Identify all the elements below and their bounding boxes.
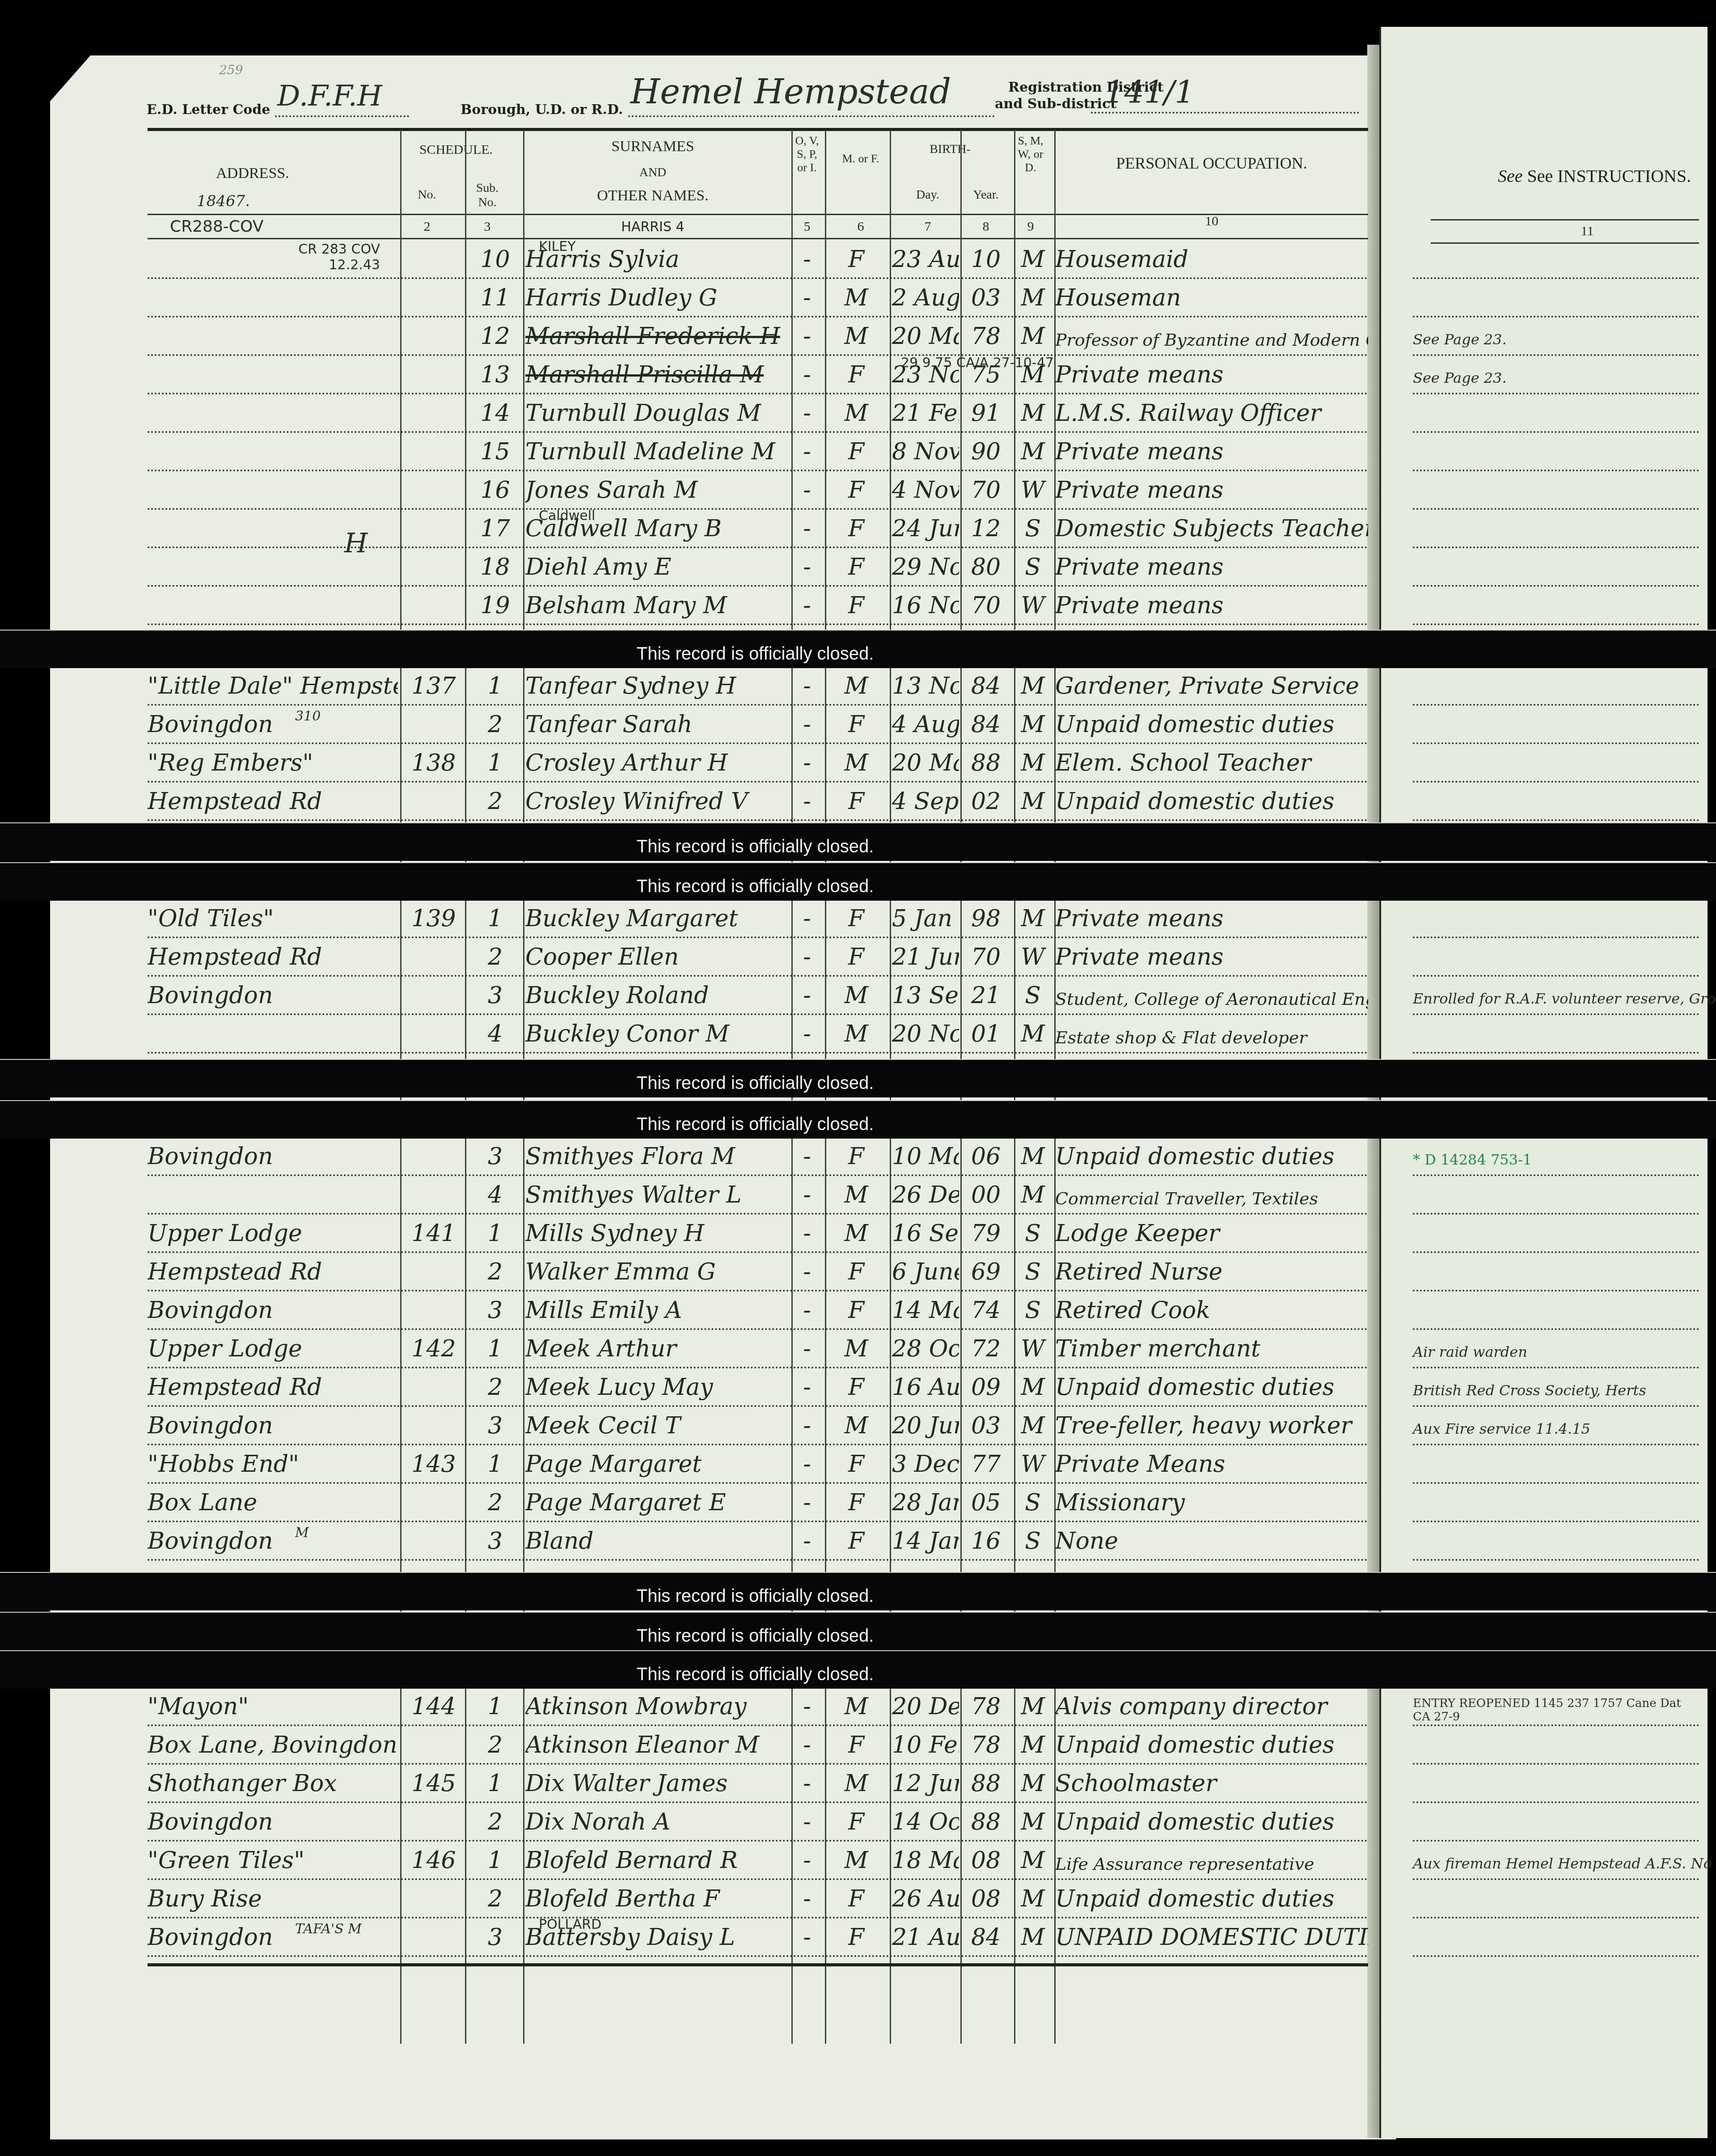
remark-rule xyxy=(1413,1405,1699,1407)
cell-sex: F xyxy=(825,554,888,580)
cell-marital: M xyxy=(1015,1021,1051,1047)
cell-remark: ENTRY REOPENED 1145 237 1757 Cane Dat CA… xyxy=(1413,1697,1690,1724)
cell-name: Dix Norah A xyxy=(525,1809,789,1835)
cell-ovspi: - xyxy=(794,592,820,619)
cell-sex: M xyxy=(825,1770,888,1797)
table-row: 12Marshall Frederick H-M20 May78MProfess… xyxy=(0,318,1346,356)
cell-name: Smithyes Flora M xyxy=(525,1143,789,1170)
cell-ovspi: - xyxy=(794,1182,820,1208)
cell-name: Buckley Margaret xyxy=(525,905,789,932)
cell-year: 88 xyxy=(961,1770,1010,1797)
cell-year: 03 xyxy=(961,284,1010,311)
table-row: Bovingdon3Meek Cecil T-M20 June03MTree-f… xyxy=(0,1408,1346,1445)
cell-marital: M xyxy=(1015,1885,1051,1912)
cell-name: Bland xyxy=(525,1528,789,1555)
row-rule xyxy=(148,1917,1368,1919)
address-number-note: 18467. xyxy=(197,192,250,210)
cell-sex: F xyxy=(825,1258,888,1285)
remark-rule xyxy=(1413,1213,1699,1215)
cell-name: Tanfear Sydney H xyxy=(525,673,789,699)
cell-marital: S xyxy=(1015,1297,1051,1324)
column-header-schedule-sub: Sub. No. xyxy=(467,181,507,210)
row-rule xyxy=(148,1559,1368,1561)
remark-rule xyxy=(1413,819,1699,821)
remark-rule xyxy=(1413,1251,1699,1253)
table-row: Shothanger Box1451Dix Walter James-M12 J… xyxy=(0,1766,1346,1803)
closed-record-notice: This record is officially closed. xyxy=(637,877,874,897)
closed-record-bar: This record is officially closed. xyxy=(0,1100,1716,1139)
cell-marital: M xyxy=(1015,1374,1051,1401)
remark-rule xyxy=(1413,1367,1699,1368)
row-rule xyxy=(148,623,1368,625)
column-number-6: 6 xyxy=(841,219,881,234)
header-subrule-right xyxy=(1431,219,1699,220)
cell-sub: 2 xyxy=(467,1885,523,1912)
remark-rule xyxy=(1413,1052,1699,1054)
remark-rule xyxy=(1413,393,1699,394)
row-rule xyxy=(148,1251,1368,1253)
cell-year: 08 xyxy=(961,1885,1010,1912)
row-rule xyxy=(148,1878,1368,1880)
cell-address: Hempstead Rd xyxy=(148,1258,398,1285)
cell-year: 72 xyxy=(961,1335,1010,1362)
cell-marital: W xyxy=(1015,477,1051,504)
closed-record-notice: This record is officially closed. xyxy=(637,1626,874,1646)
cell-name: Mills Emily A xyxy=(525,1297,789,1324)
table-row: Bovingdon3Bland-F14 Jan16SNoneM xyxy=(0,1523,1346,1561)
remark-rule xyxy=(1413,1840,1699,1842)
table-row: Upper Lodge1421Meek Arthur-M28 Oct72WTim… xyxy=(0,1331,1346,1368)
table-row: 14Turnbull Douglas M-M21 Feb91ML.M.S. Ra… xyxy=(0,395,1346,433)
table-row: Box Lane2Page Margaret E-F28 Jan05SMissi… xyxy=(0,1485,1346,1522)
cell-marital: M xyxy=(1015,1809,1051,1835)
cell-sex: F xyxy=(825,1924,888,1951)
cell-remark: See Page 23. xyxy=(1413,331,1690,348)
cell-remark: British Red Cross Society, Herts xyxy=(1413,1382,1690,1399)
cell-name: Mills Sydney H xyxy=(525,1220,789,1247)
cell-address: Hempstead Rd xyxy=(148,1374,398,1401)
row-rule xyxy=(148,975,1368,977)
row-rule xyxy=(148,1521,1368,1522)
cell-day: 20 May xyxy=(892,323,959,350)
remark-rule xyxy=(1413,1955,1699,1957)
cell-sex: F xyxy=(825,1809,888,1835)
cell-marital: M xyxy=(1015,438,1051,465)
cell-day: 20 Mar xyxy=(892,750,959,776)
cell-year: 06 xyxy=(961,1143,1010,1170)
cell-sub: 1 xyxy=(467,1847,523,1874)
cell-name: Meek Arthur xyxy=(525,1335,789,1362)
cell-name: Turnbull Douglas M xyxy=(525,400,789,427)
cell-occupation: Estate shop & Flat developer xyxy=(1055,1028,1368,1047)
cell-day: 13 Sept xyxy=(892,982,959,1009)
cell-year: 05 xyxy=(961,1489,1010,1516)
cell-sub: 2 xyxy=(467,711,523,738)
cell-day: 14 Jan xyxy=(892,1528,959,1555)
table-row: Hempstead Rd2Meek Lucy May-F16 Aug09MUnp… xyxy=(0,1369,1346,1407)
table-row: Box Lane, Bovingdon2Atkinson Eleanor M-F… xyxy=(0,1727,1346,1765)
cell-sub: 2 xyxy=(467,1489,523,1516)
cell-marital: S xyxy=(1015,1258,1051,1285)
cell-occupation: Student, College of Aeronautical Enginee… xyxy=(1055,989,1368,1009)
closed-record-notice: This record is officially closed. xyxy=(637,1073,874,1093)
cell-marital: S xyxy=(1015,554,1051,580)
cell-day: 21 Aug xyxy=(892,1924,959,1951)
cell-sub: 17 xyxy=(467,515,523,542)
row-rule xyxy=(148,1482,1368,1484)
cell-sub: 14 xyxy=(467,400,523,427)
row-rule xyxy=(148,585,1368,587)
cell-occupation: Timber merchant xyxy=(1055,1335,1368,1362)
sub-district-label: and Sub-district xyxy=(995,96,1116,112)
table-row: Hempstead Rd2Walker Emma G-F6 June69SRet… xyxy=(0,1254,1346,1292)
cell-occupation: Retired Nurse xyxy=(1055,1258,1368,1285)
cell-address: "Little Dale" Hempstead Rd xyxy=(148,673,398,699)
remark-rule xyxy=(1413,508,1699,510)
remark-rule xyxy=(1413,781,1699,783)
column-number-2: 2 xyxy=(405,219,449,234)
cell-day: 18 May xyxy=(892,1847,959,1874)
cell-ovspi: - xyxy=(794,1924,820,1951)
row-rule xyxy=(148,277,1368,279)
cell-sched: 146 xyxy=(402,1847,465,1874)
cell-name: Crosley Arthur H xyxy=(525,750,789,776)
table-row: 16Jones Sarah M-F4 Nov70WPrivate means xyxy=(0,472,1346,510)
row-rule xyxy=(148,1174,1368,1176)
cell-day: 28 Oct xyxy=(892,1335,959,1362)
cell-occupation: Domestic Subjects Teacher xyxy=(1055,515,1368,542)
header-bottom-rule-right xyxy=(1431,242,1699,244)
address-annotation: M xyxy=(295,1525,309,1541)
cell-day: 14 Oct xyxy=(892,1809,959,1835)
cell-sub: 1 xyxy=(467,905,523,932)
cell-occupation: UNPAID DOMESTIC DUTIES xyxy=(1055,1924,1368,1951)
cell-ovspi: - xyxy=(794,323,820,350)
cell-ovspi: - xyxy=(794,788,820,815)
cell-day: 16 Sept xyxy=(892,1220,959,1247)
cell-marital: S xyxy=(1015,1528,1051,1555)
cell-sex: F xyxy=(825,788,888,815)
cell-ovspi: - xyxy=(794,1220,820,1247)
cell-year: 09 xyxy=(961,1374,1010,1401)
cell-year: 78 xyxy=(961,1732,1010,1758)
cell-occupation: Private Means xyxy=(1055,1451,1368,1478)
table-row: Bovingdon3Mills Emily A-F14 May74SRetire… xyxy=(0,1292,1346,1330)
cell-year: 79 xyxy=(961,1220,1010,1247)
cell-ovspi: - xyxy=(794,554,820,580)
cell-name: Marshall Priscilla M xyxy=(525,361,789,388)
row-rule xyxy=(148,508,1368,510)
cell-sex: M xyxy=(825,982,888,1009)
closed-record-notice: This record is officially closed. xyxy=(637,1665,874,1685)
cell-address: Bovingdon xyxy=(148,1528,398,1555)
cell-ovspi: - xyxy=(794,515,820,542)
column-header-birth-year: Year. xyxy=(964,188,1008,202)
cell-occupation: Unpaid domestic duties xyxy=(1055,1809,1368,1835)
cell-sched: 141 xyxy=(402,1220,465,1247)
column-header-birth-day: Day. xyxy=(896,188,959,202)
cell-name: Page Margaret xyxy=(525,1451,789,1478)
cell-sub: 1 xyxy=(467,750,523,776)
cell-sex: F xyxy=(825,1143,888,1170)
table-row: 13Marshall Priscilla M-F23 Nov75MPrivate… xyxy=(0,357,1346,394)
remark-rule xyxy=(1413,975,1699,977)
table-row: 18Diehl Amy E-F29 Nov80SPrivate means xyxy=(0,549,1346,587)
column-number-4: HARRIS 4 xyxy=(537,219,769,235)
closed-record-notice: This record is officially closed. xyxy=(637,837,874,857)
cell-marital: W xyxy=(1015,944,1051,970)
cell-sub: 3 xyxy=(467,1143,523,1170)
dotted-line xyxy=(275,115,409,117)
row-rule xyxy=(148,1763,1368,1765)
cell-sex: M xyxy=(825,1182,888,1208)
cell-ovspi: - xyxy=(794,477,820,504)
cell-marital: M xyxy=(1015,788,1051,815)
cell-day: 16 Nov xyxy=(892,592,959,619)
cell-occupation: Tree-feller, heavy worker xyxy=(1055,1412,1368,1439)
cell-day: 4 Nov xyxy=(892,477,959,504)
column-header-schedule-no: No. xyxy=(405,188,449,202)
cell-occupation: Private means xyxy=(1055,592,1368,619)
closed-record-bar: This record is officially closed. xyxy=(0,1572,1716,1610)
column-number-9: 9 xyxy=(1017,219,1044,234)
cell-name: Jones Sarah M xyxy=(525,477,789,504)
table-row: 4Smithyes Walter L-M26 Dec00MCommercial … xyxy=(0,1177,1346,1215)
cell-year: 08 xyxy=(961,1847,1010,1874)
cell-remark: * D 14284 753-1 xyxy=(1413,1151,1690,1168)
cell-day: 20 June xyxy=(892,1412,959,1439)
table-row: 4Buckley Conor M-M20 Nov01MEstate shop &… xyxy=(0,1016,1346,1054)
borough-value: Hemel Hempstead xyxy=(630,72,951,111)
column-header-surnames: SURNAMES xyxy=(537,138,769,155)
cell-sex: F xyxy=(825,592,888,619)
cell-year: 01 xyxy=(961,1021,1010,1047)
cell-sex: F xyxy=(825,1528,888,1555)
remark-rule xyxy=(1413,936,1699,938)
column-number-address: CR288-COV xyxy=(170,217,263,236)
cell-occupation: Unpaid domestic duties xyxy=(1055,1885,1368,1912)
row-rule xyxy=(148,1013,1368,1015)
cell-ovspi: - xyxy=(794,246,820,273)
column-header-marital: S, M, W, or D. xyxy=(1017,134,1044,174)
column-number-3: 3 xyxy=(467,219,507,234)
column-number-8: 8 xyxy=(964,219,1008,234)
cell-year: 70 xyxy=(961,592,1010,619)
cell-name: Meek Lucy May xyxy=(525,1374,789,1401)
cell-sub: 1 xyxy=(467,673,523,699)
cell-sex: M xyxy=(825,1021,888,1047)
cell-sched: 138 xyxy=(402,750,465,776)
remark-rule xyxy=(1413,431,1699,433)
column-header-instructions: See See INSTRUCTIONS. xyxy=(1498,165,1691,186)
remark-rule xyxy=(1413,585,1699,587)
cell-sub: 3 xyxy=(467,1412,523,1439)
cell-day: 4 Aug xyxy=(892,711,959,738)
cell-sex: F xyxy=(825,361,888,388)
cell-sub: 11 xyxy=(467,284,523,311)
cell-year: 90 xyxy=(961,438,1010,465)
row-rule xyxy=(148,1840,1368,1842)
cell-sched: 142 xyxy=(402,1335,465,1362)
cell-occupation: Housemaid xyxy=(1055,246,1368,273)
cell-ovspi: - xyxy=(794,438,820,465)
cell-year: 00 xyxy=(961,1182,1010,1208)
table-row: Bovingdon3Battersby Daisy L-F21 Aug84MUN… xyxy=(0,1919,1346,1957)
cell-sub: 16 xyxy=(467,477,523,504)
row-rule xyxy=(148,1052,1368,1054)
closed-record-notice: This record is officially closed. xyxy=(637,644,874,664)
cell-sex: M xyxy=(825,1335,888,1362)
cell-day: 5 Jan xyxy=(892,905,959,932)
cell-day: 20 Nov xyxy=(892,1021,959,1047)
cell-marital: M xyxy=(1015,1412,1051,1439)
cell-address: Hempstead Rd xyxy=(148,944,398,970)
row-rule xyxy=(148,1290,1368,1292)
cell-ovspi: - xyxy=(794,1732,820,1758)
remark-rule xyxy=(1413,1801,1699,1803)
cell-occupation: L.M.S. Railway Officer xyxy=(1055,400,1368,427)
cell-ovspi: - xyxy=(794,1143,820,1170)
cell-marital: M xyxy=(1015,246,1051,273)
cell-occupation: Private means xyxy=(1055,554,1368,580)
cell-sched: 143 xyxy=(402,1451,465,1478)
cell-sched: 145 xyxy=(402,1770,465,1797)
cell-address: Box Lane, Bovingdon xyxy=(148,1732,398,1758)
cell-remark: See Page 23. xyxy=(1413,369,1690,386)
column-number-7: 7 xyxy=(896,219,959,234)
cell-day: 10 Feb xyxy=(892,1732,959,1758)
cell-name: Smithyes Walter L xyxy=(525,1182,789,1208)
cell-day: 20 Dec xyxy=(892,1693,959,1720)
row-rule xyxy=(148,1724,1368,1726)
cell-sub: 2 xyxy=(467,788,523,815)
cell-sub: 1 xyxy=(467,1770,523,1797)
cell-sex: M xyxy=(825,673,888,699)
cell-sex: M xyxy=(825,750,888,776)
cell-name: Marshall Frederick H xyxy=(525,323,789,350)
remark-rule xyxy=(1413,1917,1699,1919)
cell-year: 84 xyxy=(961,1924,1010,1951)
cell-occupation: Elem. School Teacher xyxy=(1055,750,1368,776)
cell-sub: 2 xyxy=(467,1374,523,1401)
remark-rule xyxy=(1413,742,1699,744)
cell-marital: M xyxy=(1015,323,1051,350)
cell-marital: M xyxy=(1015,1693,1051,1720)
cell-address: "Old Tiles" xyxy=(148,905,398,932)
row-rule xyxy=(148,1405,1368,1407)
row-rule xyxy=(148,1367,1368,1368)
table-row: "Hobbs End"1431Page Margaret-F3 Dec77WPr… xyxy=(0,1446,1346,1484)
cell-ovspi: - xyxy=(794,711,820,738)
cell-year: 80 xyxy=(961,554,1010,580)
remark-rule xyxy=(1413,704,1699,706)
cell-sex: F xyxy=(825,1489,888,1516)
table-row: 10Harris Sylvia-F23 Aug10MHousemaidKILEY xyxy=(0,241,1346,279)
cell-sub: 3 xyxy=(467,1297,523,1324)
row-rule xyxy=(148,1955,1368,1957)
cell-ovspi: - xyxy=(794,400,820,427)
cell-sex: F xyxy=(825,1885,888,1912)
cell-ovspi: - xyxy=(794,1297,820,1324)
cell-address: Bovingdon xyxy=(148,1297,398,1324)
cell-occupation: Unpaid domestic duties xyxy=(1055,1143,1368,1170)
cell-address: "Green Tiles" xyxy=(148,1847,398,1874)
table-bottom-rule xyxy=(148,1963,1368,1966)
row-rule xyxy=(148,781,1368,783)
cell-address: "Mayon" xyxy=(148,1693,398,1720)
cell-name: Walker Emma G xyxy=(525,1258,789,1285)
cell-name: Dix Walter James xyxy=(525,1770,789,1797)
cell-sex: M xyxy=(825,1220,888,1247)
cell-year: 98 xyxy=(961,905,1010,932)
cell-address: Bovingdon xyxy=(148,711,398,738)
dotted-line xyxy=(628,115,995,117)
cell-remark: Enrolled for R.A.F. volunteer reserve, G… xyxy=(1413,990,1690,1007)
cell-sub: 3 xyxy=(467,1528,523,1555)
remark-rule xyxy=(1413,470,1699,471)
remark-rule xyxy=(1413,1482,1699,1484)
remark-rule xyxy=(1413,1559,1699,1561)
cell-ovspi: - xyxy=(794,1412,820,1439)
cell-name: Atkinson Mowbray xyxy=(525,1693,789,1720)
cell-address: "Hobbs End" xyxy=(148,1451,398,1478)
cell-ovspi: - xyxy=(794,1374,820,1401)
cell-occupation: Unpaid domestic duties xyxy=(1055,1374,1368,1401)
cell-name: Turnbull Madeline M xyxy=(525,438,789,465)
cell-occupation: Unpaid domestic duties xyxy=(1055,711,1368,738)
cell-day: 16 Aug xyxy=(892,1374,959,1401)
cell-address: Hempstead Rd xyxy=(148,788,398,815)
remark-rule xyxy=(1413,1878,1699,1880)
cell-sex: F xyxy=(825,1732,888,1758)
cell-year: 77 xyxy=(961,1451,1010,1478)
cell-year: 88 xyxy=(961,1809,1010,1835)
cell-address: Bovingdon xyxy=(148,1412,398,1439)
cell-marital: M xyxy=(1015,1182,1051,1208)
column-number-5: 5 xyxy=(794,219,820,234)
cell-sub: 19 xyxy=(467,592,523,619)
cell-remark: Air raid warden xyxy=(1413,1343,1690,1360)
column-header-sex: M. or F. xyxy=(841,152,881,165)
cell-day: 2 Aug xyxy=(892,284,959,311)
cell-occupation: Alvis company director xyxy=(1055,1693,1368,1720)
cell-occupation: Lodge Keeper xyxy=(1055,1220,1368,1247)
cell-occupation: Gardener, Private Service xyxy=(1055,673,1368,699)
remark-rule xyxy=(1413,1763,1699,1765)
cell-occupation: Unpaid domestic duties xyxy=(1055,788,1368,815)
cell-year: 78 xyxy=(961,323,1010,350)
cell-year: 70 xyxy=(961,944,1010,970)
cell-day: 4 Sept xyxy=(892,788,959,815)
cell-address: Box Lane xyxy=(148,1489,398,1516)
cell-ovspi: - xyxy=(794,1847,820,1874)
remark-rule xyxy=(1413,1013,1699,1015)
row-rule xyxy=(148,354,1368,356)
cell-sex: F xyxy=(825,438,888,465)
cell-address: Upper Lodge xyxy=(148,1220,398,1247)
cell-year: 70 xyxy=(961,477,1010,504)
remark-rule xyxy=(1413,1444,1699,1445)
cell-sex: M xyxy=(825,400,888,427)
cell-year: 88 xyxy=(961,750,1010,776)
closed-record-notice: This record is officially closed. xyxy=(637,1114,874,1135)
cell-occupation: Unpaid domestic duties xyxy=(1055,1732,1368,1758)
cell-address: Bury Rise xyxy=(148,1885,398,1912)
cell-ovspi: - xyxy=(794,750,820,776)
cell-ovspi: - xyxy=(794,1335,820,1362)
cell-address: Upper Lodge xyxy=(148,1335,398,1362)
cell-ovspi: - xyxy=(794,905,820,932)
